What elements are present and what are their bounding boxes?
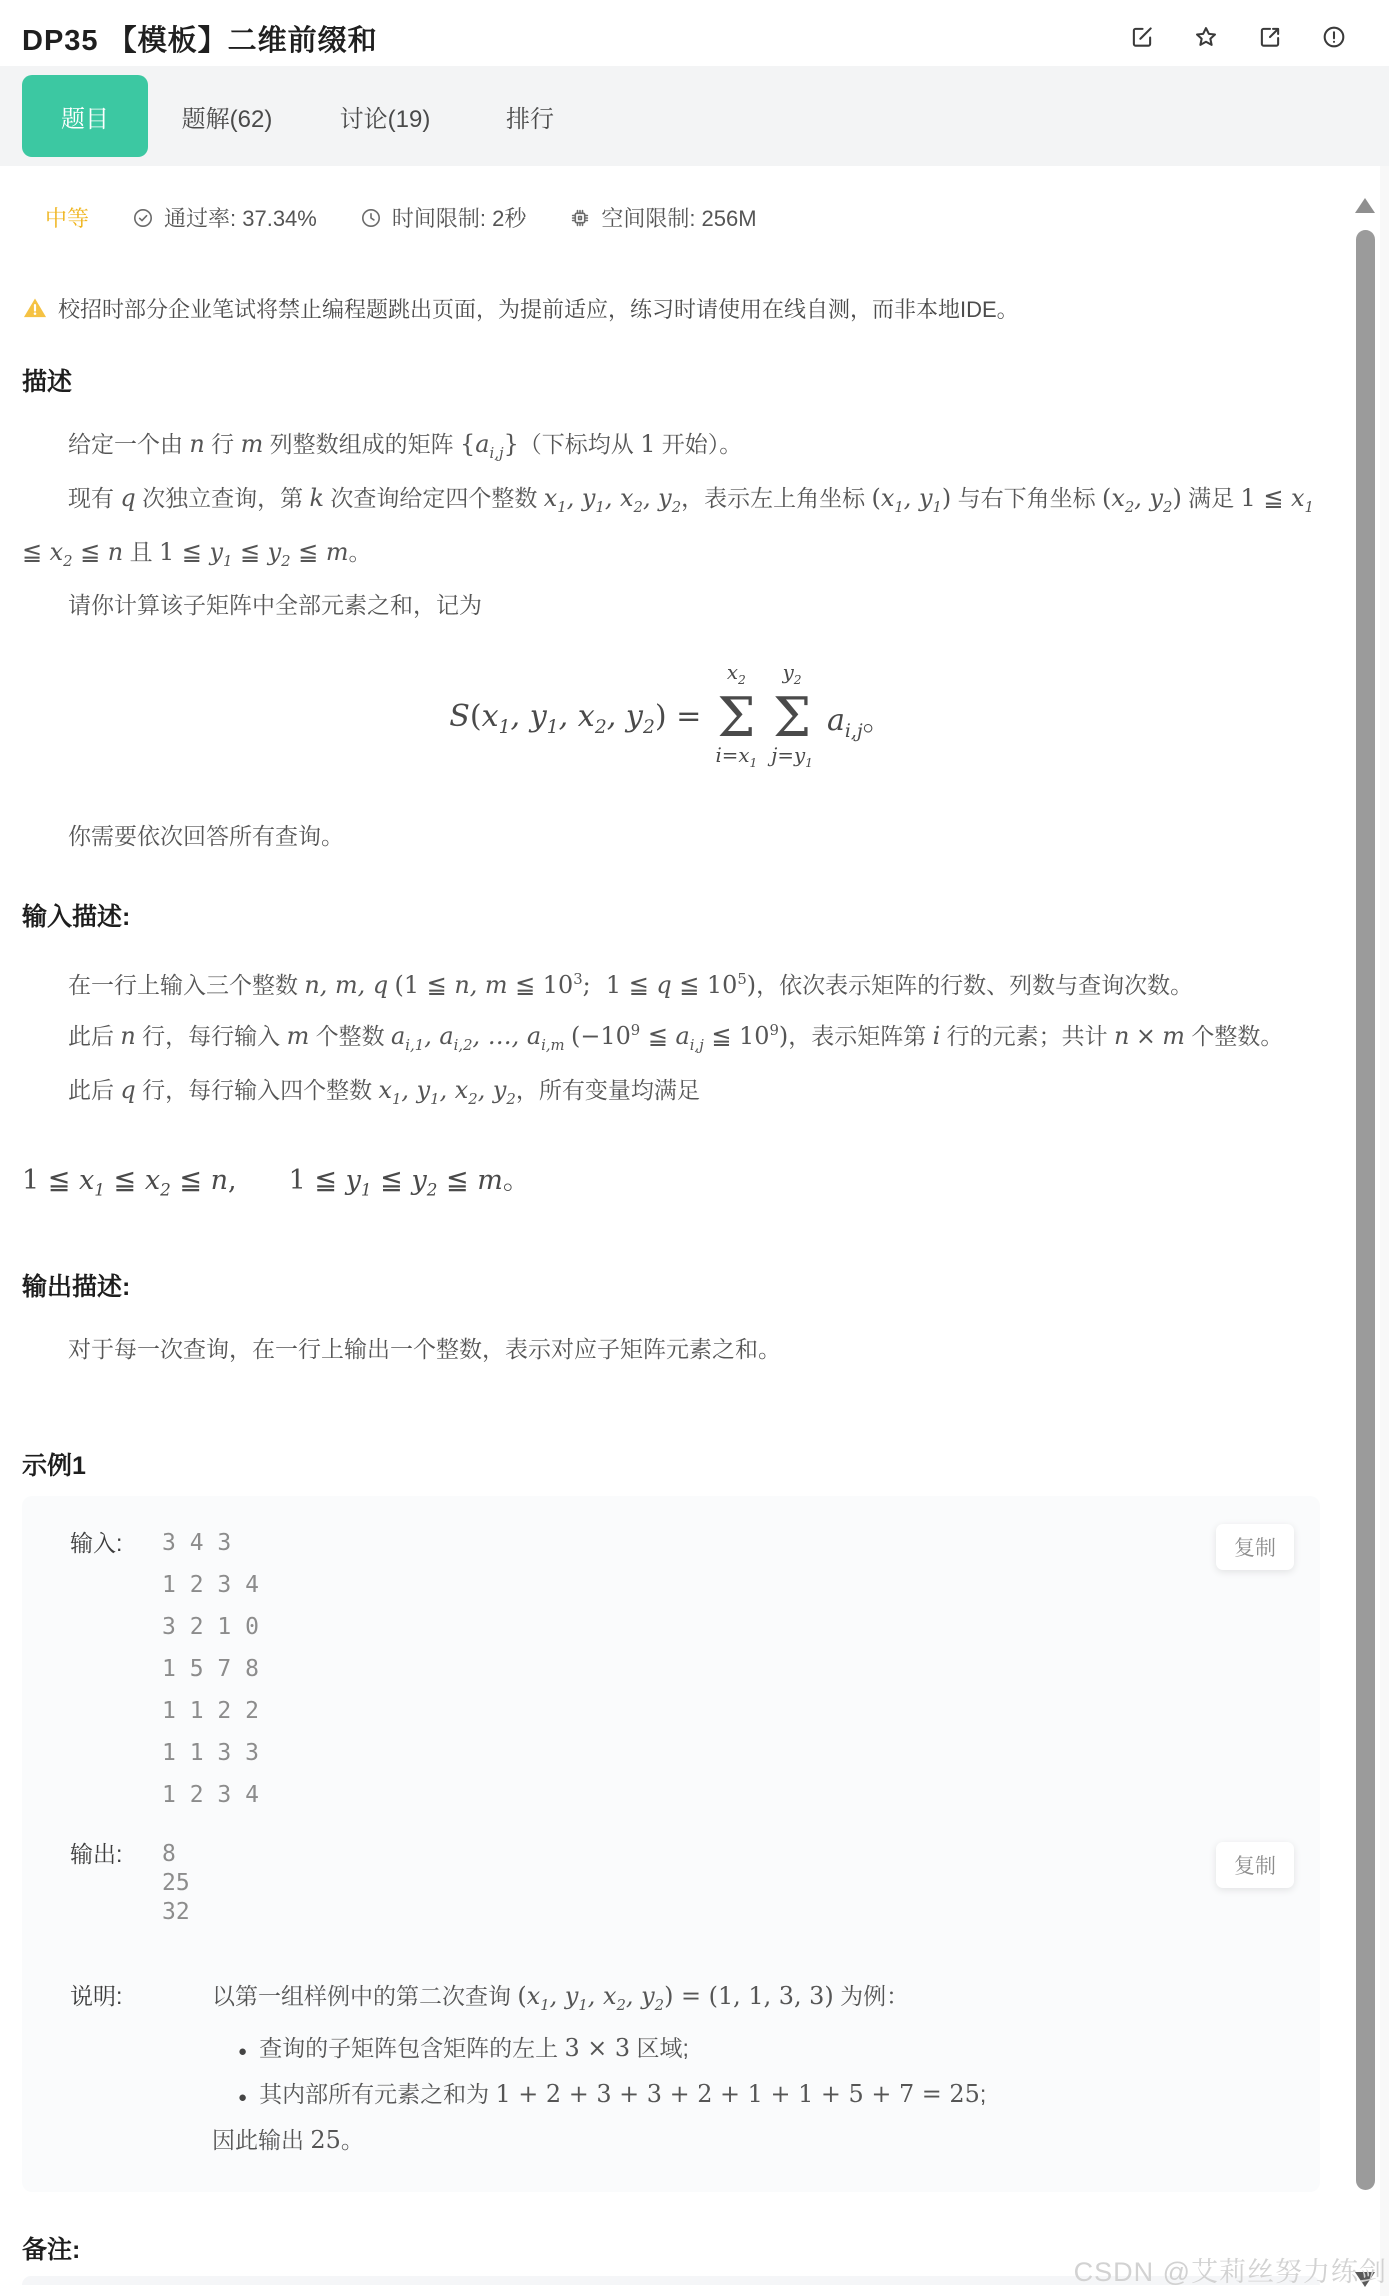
bullet-icon: ● — [238, 2030, 247, 2073]
example-input-text: 3 4 3 1 2 3 4 3 2 1 0 1 5 7 8 1 1 2 2 1 … — [162, 1522, 259, 1816]
description-p3: 请你计算该子矩阵中全部元素之和，记为 — [22, 583, 1320, 628]
example-note-row: 说明: 以第一组样例中的第二次查询 (x1, y1, x2, y2) = (1,… — [22, 1975, 1320, 2162]
sigma-inner: y2 Σ j=y1 — [771, 663, 813, 773]
example-note-label: 说明: — [70, 1975, 162, 2018]
section-input-heading: 输入描述: — [22, 897, 1320, 933]
formula-rhs: ai,j。 — [827, 695, 893, 742]
page-title: DP35 【模板】二维前缀和 — [22, 18, 378, 59]
description-p1: 给定一个由 n 行 m 列整数组成的矩阵 {ai,j}（下标均从 1 开始）。 — [22, 422, 1320, 476]
note-bullet-2: ● 其内部所有元素之和为 1 + 2 + 3 + 3 + 2 + 1 + 1 +… — [238, 2073, 1320, 2119]
share-icon[interactable] — [1257, 24, 1283, 50]
section-remark-heading: 备注: — [22, 2230, 1320, 2266]
scrollbar-gutter — [1380, 166, 1389, 2296]
tab-problem-label: 题目 — [61, 99, 109, 134]
description-paragraphs: 给定一个由 n 行 m 列整数组成的矩阵 {ai,j}（下标均从 1 开始）。 … — [22, 422, 1320, 628]
description-p4: 你需要依次回答所有查询。 — [22, 814, 1320, 859]
example1-card: 输入: 3 4 3 1 2 3 4 3 2 1 0 1 5 7 8 1 1 2 … — [22, 1496, 1320, 2192]
input-p2: 此后 n 行，每行输入 m 个整数 ai,1, ai,2, …, ai,m (−… — [22, 1008, 1320, 1068]
sigma-icon: Σ — [773, 690, 811, 746]
example-output-label: 输出: — [70, 1840, 162, 1869]
sigma-outer: x2 Σ i=x1 — [715, 663, 757, 773]
tab-solutions-label: 题解(62) — [182, 99, 273, 134]
sigma-inner-lower: j=y1 — [771, 746, 813, 773]
pass-rate-text: 通过率: 37.34% — [164, 202, 317, 233]
pass-rate: 通过率: 37.34% — [131, 202, 317, 233]
input-p1: 在一行上输入三个整数 n, m, q (1 ≦ n, m ≦ 103; 1 ≦ … — [22, 957, 1320, 1008]
bullet-icon: ● — [238, 2076, 247, 2119]
output-p1: 对于每一次查询，在一行上输出一个整数，表示对应子矩阵元素之和。 — [22, 1327, 1320, 1372]
section-example1-heading: 示例1 — [22, 1446, 1320, 1482]
input-p3: 此后 q 行，每行输入四个整数 x1, y1, x2, y2，所有变量均满足 — [22, 1068, 1320, 1122]
section-description-heading: 描述 — [22, 362, 1320, 398]
chip-icon — [568, 206, 592, 230]
header-actions — [1129, 24, 1347, 50]
header: DP35 【模板】二维前缀和 — [0, 0, 1389, 66]
warning-text: 校招时部分企业笔试将禁止编程题跳出页面，为提前适应，练习时请使用在线自测，而非本… — [58, 293, 1019, 324]
star-icon[interactable] — [1193, 24, 1219, 50]
tab-solutions[interactable]: 题解(62) — [148, 66, 306, 166]
tab-problem[interactable]: 题目 — [22, 75, 148, 157]
example-output-row: 输出: 8 25 32 复制 — [22, 1840, 1320, 1927]
sigma-icon: Σ — [717, 690, 755, 746]
check-circle-icon — [131, 206, 155, 230]
copy-output-button[interactable]: 复制 — [1216, 1842, 1294, 1888]
example-input-row: 输入: 3 4 3 1 2 3 4 3 2 1 0 1 5 7 8 1 1 2 … — [22, 1522, 1320, 1816]
tab-discussion-label: 讨论(19) — [340, 99, 431, 134]
description-p2: 现有 q 次独立查询，第 k 次查询给定四个整数 x1, y1, x2, y2，… — [22, 476, 1320, 584]
scrollbar-down-arrow[interactable] — [1355, 2272, 1375, 2287]
example-input-label: 输入: — [70, 1522, 162, 1564]
exam-warning: 校招时部分企业笔试将禁止编程题跳出页面，为提前适应，练习时请使用在线自测，而非本… — [22, 293, 1320, 324]
tab-bar: 题目 题解(62) 讨论(19) 排行 — [0, 66, 1389, 166]
tab-discussion[interactable]: 讨论(19) — [306, 66, 464, 166]
note-line-1: 以第一组样例中的第二次查询 (x1, y1, x2, y2) = (1, 1, … — [212, 1975, 1320, 2027]
sum-formula: S(x1, y1, x2, y2) = x2 Σ i=x1 y2 Σ j=y1 … — [22, 658, 1320, 778]
clock-icon — [359, 206, 383, 230]
scrollbar-thumb[interactable] — [1356, 230, 1375, 2190]
info-icon[interactable] — [1321, 24, 1347, 50]
meta-row: 中等 通过率: 37.34% 时间限制: 2秒 空间限制: 256M — [22, 202, 1320, 233]
memory-limit: 空间限制: 256M — [568, 202, 756, 233]
formula-lhs: S(x1, y1, x2, y2) = — [449, 699, 701, 738]
section-output-heading: 输出描述: — [22, 1267, 1320, 1303]
scrollbar-up-arrow[interactable] — [1355, 198, 1375, 213]
copy-input-button[interactable]: 复制 — [1216, 1524, 1294, 1570]
next-card-edge — [22, 2276, 1320, 2285]
problem-content: 中等 通过率: 37.34% 时间限制: 2秒 空间限制: 256M — [0, 166, 1346, 2285]
edit-icon[interactable] — [1129, 24, 1155, 50]
tab-ranking[interactable]: 排行 — [464, 66, 596, 166]
constraint-line: 1 ≦ x1 ≦ x2 ≦ n, 1 ≦ y1 ≦ y2 ≦ m。 — [22, 1158, 1320, 1199]
problem-page: DP35 【模板】二维前缀和 题目 题解(62) 讨论(19) — [0, 0, 1389, 2296]
example-output-text: 8 25 32 — [162, 1840, 190, 1927]
memory-limit-text: 空间限制: 256M — [601, 202, 756, 233]
time-limit: 时间限制: 2秒 — [359, 202, 526, 233]
note-bullet-2-text: 其内部所有元素之和为 1 + 2 + 3 + 3 + 2 + 1 + 1 + 5… — [259, 2073, 986, 2116]
difficulty-badge: 中等 — [45, 202, 89, 233]
warning-icon — [22, 295, 48, 321]
tab-ranking-label: 排行 — [506, 99, 554, 134]
example-note-content: 以第一组样例中的第二次查询 (x1, y1, x2, y2) = (1, 1, … — [162, 1975, 1320, 2162]
note-bullet-1: ● 查询的子矩阵包含矩阵的左上 3 × 3 区域; — [238, 2027, 1320, 2073]
time-limit-text: 时间限制: 2秒 — [392, 202, 526, 233]
output-paragraphs: 对于每一次查询，在一行上输出一个整数，表示对应子矩阵元素之和。 — [22, 1327, 1320, 1372]
note-bullet-1-text: 查询的子矩阵包含矩阵的左上 3 × 3 区域; — [259, 2027, 689, 2070]
input-paragraphs: 在一行上输入三个整数 n, m, q (1 ≦ n, m ≦ 103; 1 ≦ … — [22, 957, 1320, 1122]
note-line-4: 因此输出 25。 — [212, 2119, 1320, 2162]
sigma-outer-lower: i=x1 — [715, 746, 757, 773]
